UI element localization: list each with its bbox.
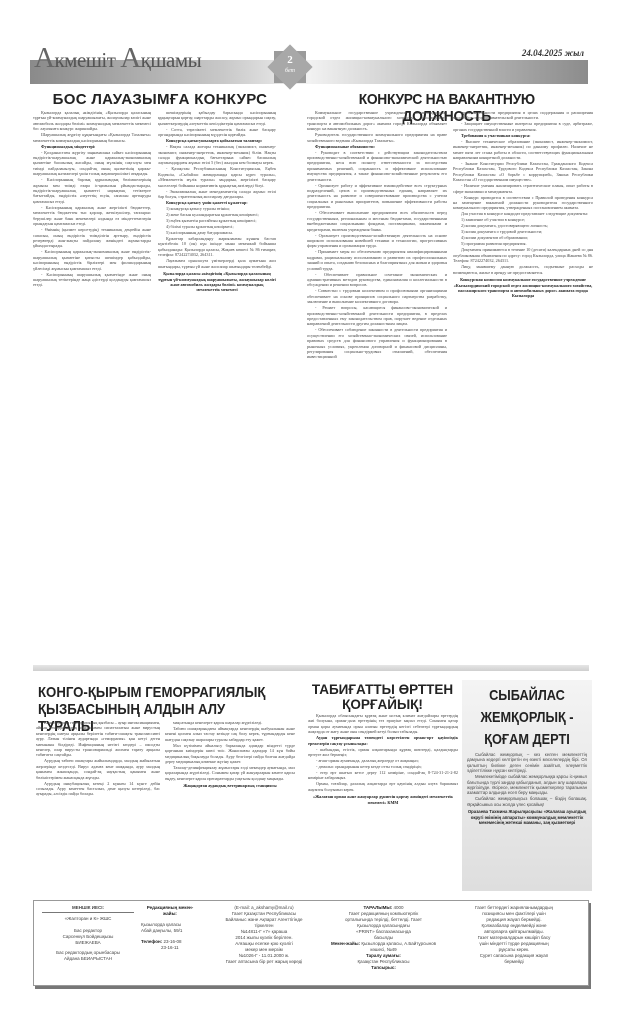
paragraph: Аурудың инкубациялық кезеңі 2 күннен 14 … [36, 781, 160, 797]
paragraph: - Кәсіпорынның барлық құрылымдық бөлімше… [33, 177, 151, 204]
corruption-headline-line-3: ҚОҒАМ ДЕРТІ [472, 729, 583, 751]
printing-info: Газет редакцияның компьютерлікорталығынд… [326, 911, 441, 941]
logo-capital-a: А [120, 42, 140, 74]
fire-headline: ТАБИҒАТТЫ ӨРТТЕН ҚОРҒАЙЫҚ! [310, 682, 455, 712]
imprint-owner: МЕНШІК ИЕСІ: «Жалторан и К» ЖШС Бас реда… [38, 905, 138, 962]
imprint-address: Редакцияның мекен-жайы: Қызылорда қаласы… [141, 905, 199, 951]
paragraph: - Руководит в соответствии с действующим… [307, 150, 447, 182]
paragraph: - Защищает имущественные интересы предпр… [453, 121, 593, 132]
kz-vacancy-column-2: шешімдерінің қабылдау барысында кәсіпоры… [158, 110, 276, 572]
paragraph: 4) копии документов об образовании; [453, 235, 593, 240]
registration-info: Газет Қазақстан РеспубликасыБайланыс жән… [204, 911, 324, 965]
paragraph: Қызылорда қалалық әкімдігінің «Қызылорда… [33, 110, 151, 132]
paragraph: Табиғи ошақтарындағы аймақтарда кенелерд… [165, 726, 295, 742]
paragraph: - Сотта, төреліктегі мемлекеттік билік ж… [158, 127, 276, 138]
paragraph: - Высшее техническое образование (эконом… [453, 139, 593, 161]
paragraph: - Қолданыстағы жүргізу заңнамасына сәйке… [33, 150, 151, 177]
circulation-label: ТАРАЛЫМЫ: [363, 905, 392, 910]
paragraph: - Совместно с трудовым коллективом и про… [307, 288, 447, 304]
address-label: Редакцияның мекен-жайы: [141, 905, 199, 917]
print-address-label: Мекен-жайы: [331, 941, 360, 946]
paragraph: - ағаш-орман аумағында, далалық жерлерде… [308, 758, 458, 763]
paragraph: Коммунальное государственное учреждение … [307, 110, 447, 132]
imprint-disclaimer: Газет беттердегі жарияланымдардыңпозиция… [444, 905, 584, 965]
page-number-badge: 2 бет [270, 47, 310, 87]
logo-word-1: кмешіт [54, 48, 120, 72]
paragraph: - Кәсіпорынның қаржылық және жергілікті … [33, 205, 151, 227]
cchf-column-1: Конго-Қырым геморрагиялық қызбасы – ауыр… [36, 720, 160, 890]
paragraph: Для участия в конкурсе кандидат представ… [453, 211, 593, 216]
paragraph: Аурудың табиғи ошақтары жайылымдарда, ма… [36, 758, 160, 780]
ru-vacancy-column-2: привлекательности предприятия в целях по… [453, 110, 593, 600]
subheading: Конкурсқа қатысушыларға қойылатын талапт… [158, 138, 276, 143]
corruption-column: Сыбайлас жемқорлық – кез келген мемлекет… [467, 752, 587, 890]
logo-capital-a: А [34, 42, 54, 74]
phone-2: 23-16-11 [141, 945, 199, 951]
paragraph: - Наличие умения анализировать стратегич… [453, 183, 593, 194]
kz-vacancy-column-1: Қызылорда қалалық әкімдігінің «Қызылорда… [33, 110, 151, 572]
paragraph: - Экономикалық және менеджменттің салада… [158, 189, 276, 200]
paragraph: - Обеспечивает выполнение предприятием в… [307, 210, 447, 232]
subheading: Функциональные обязанности: [307, 144, 447, 149]
paragraph: шешімдерінің қабылдау барысында кәсіпоры… [158, 110, 276, 126]
section-divider [33, 665, 589, 671]
signature: Қызылорда қаласы әкімдігінің «Қызылорда … [158, 271, 276, 293]
paragraph: Мемлекетімізде сыбайлас жемқорлыққа қарс… [467, 774, 587, 796]
paragraph: Документы принимаются в течение 10 (деся… [453, 247, 593, 263]
paragraph: - Обеспечивает соблюдение законности в д… [307, 327, 447, 359]
cchf-headline-line-1: КОНГО-ҚЫРЫМ ГЕМОРРАГИЯЛЫҚ [38, 684, 276, 701]
paragraph: - Решает вопросы, касающиеся финансово-э… [307, 305, 447, 327]
paragraph: Орман, тоғайлар, далалық алқаптарда өрт … [308, 781, 458, 792]
paragraph: - Организует производственно-хозяйственн… [307, 233, 447, 249]
paragraph: 2) жеке басын куәландыратын құжаттың көш… [158, 212, 276, 217]
issue-date: 24.04.2025 жыл [522, 48, 584, 58]
ru-vacancy-column-1: Коммунальное государственное учреждение … [307, 110, 447, 600]
paragraph: Конго-Қырым геморрагиялық қызбасы – ауыр… [36, 720, 160, 758]
paragraph: - Қазақстан Республикасының Конституцияс… [158, 166, 276, 188]
divider [42, 912, 134, 913]
fire-headline-line-1: ТАБИҒАТТЫ ӨРТТЕН [310, 682, 455, 697]
imprint-circulation: ТАРАЛЫМЫ: 4000 Газет редакцияның компьют… [326, 905, 441, 971]
subheading: Конкурсқа қатысу үшін қажетті құжаттар: [158, 200, 276, 205]
paragraph: - демалыс орындарынан кетер кезде отты т… [308, 764, 458, 769]
paragraph: - егер өрт шығып кетсе дереу 112 нөмірін… [308, 770, 458, 781]
paragraph: - Кәсіпорынның қаржылық-экономикалық жән… [33, 249, 151, 271]
paragraph: - Конкурс проводится в соответствии с Пр… [453, 195, 593, 211]
paragraph: - шабындық, егістік, орман алқаптарында … [308, 747, 458, 758]
paragraph: - Кәсіпорынның шаруашылық қызметінде жән… [33, 272, 151, 288]
paragraph: 5) кәсіпорынның даму бағдарламасы. [158, 230, 276, 235]
page-label: бет [270, 68, 310, 74]
paragraph: Қызылорда облысындағы құрғақ және ыстық … [308, 713, 458, 735]
cchf-column-2: мақсатында кенелерге қарсы шаралар жүргі… [165, 720, 295, 890]
paragraph: мақсатында кенелерге қарсы шаралар жүргі… [165, 720, 295, 725]
corruption-headline: СЫБАЙЛАС ЖЕМҚОРЛЫҚ - ҚОҒАМ ДЕРТІ [472, 685, 583, 751]
subheading: Требования к участникам конкурса: [453, 133, 593, 138]
paragraph: 4) білімі туралы құжаттың көшірмесі; [158, 224, 276, 229]
paragraph: - Өнімнің (қызмет көрсетудің) техникалық… [33, 227, 151, 249]
signature: Жаңақорған аудандық ветеринарлық станция… [165, 783, 295, 788]
paragraph: привлекательности предприятия в целях по… [453, 110, 593, 121]
paragraph: - Нақты салада жоғары техникалық (эконом… [158, 144, 276, 166]
paragraph: Тазалау-дезинфекциялау жұмыстары елді ме… [165, 765, 295, 781]
paragraph: 1) конкурсқа қатысу туралы өтініш; [158, 206, 276, 211]
phone-label: Телефон: [141, 939, 162, 944]
paragraph: Сыбайлас жемқорлықсыз болашақ – біздің б… [467, 796, 587, 807]
phone-1: 23-16-08 [163, 939, 181, 944]
paragraph: - Организует работу и эффективное взаимо… [307, 183, 447, 210]
paragraph: Құжаттар хабарландыру жарияланған күннен… [158, 236, 276, 258]
paragraph: 5) программа развития предприятия. [453, 241, 593, 246]
paragraph: Шаруашылық жүргізу құқығындағы «Қызылорд… [33, 132, 151, 143]
kz-vacancy-headline: БОС ЛАУАЗЫМҒА КОНКУРС [40, 91, 280, 108]
paragraph: - Принимает меры по обеспечению предприя… [307, 249, 447, 271]
print-address-value: Қызылорда қаласы, А.Байтұрсынов көшесі, … [361, 941, 436, 952]
signature: Конкурсная комиссия коммунальное государ… [453, 277, 593, 299]
newspaper-logo: Акмешіт Ақшамы [34, 42, 201, 75]
text-line: бермейді [444, 959, 584, 965]
signature: «Жалағаш орман және жануарлар дүниесін қ… [308, 794, 458, 805]
paragraph: Сыбайлас жемқорлық – кез келген мемлекет… [467, 752, 587, 774]
imprint-box: МЕНШІК ИЕСІ: «Жалторан и К» ЖШС Бас реда… [33, 900, 589, 986]
corruption-headline-line-1: СЫБАЙЛАС [472, 685, 583, 707]
subheading: Функционалдық міндеттері: [33, 144, 151, 149]
page-number: 2 [270, 55, 310, 66]
deputy-editor-name: Айдана БЕИАРЫСТАН [38, 956, 138, 962]
owner-label: МЕНШІК ИЕСІ: [38, 905, 138, 911]
signature: Оразаева Тахмина Жарылқасқызы «Жалағаш а… [467, 809, 587, 825]
paragraph: 3) копия документа о трудовой деятельнос… [453, 229, 593, 234]
order-label: Тапсырыс: [326, 965, 441, 971]
paragraph: - Знание Конституции Республики Казахста… [453, 161, 593, 183]
paragraph: - Обеспечивает правильное сочетание экон… [307, 272, 447, 288]
masthead: Акмешіт Ақшамы 24.04.2025 жыл 2 бет [30, 42, 588, 82]
paragraph: Мал күтімімен айналысу барысында адамдар… [165, 743, 295, 765]
fire-column: Қызылорда облысындағы құрғақ және ыстық … [308, 713, 458, 893]
paragraph: 2) копия документа, удостоверяющего личн… [453, 223, 593, 228]
paragraph: Руководитель государственного коммунальн… [307, 132, 447, 143]
imprint-registration: (E-mail: a_akshamy@mail.ru) Газет Қазақс… [204, 905, 324, 965]
paragraph: Лауазымға орналасуға үміткерлерді қала а… [158, 258, 276, 269]
subheading: Аудан тұрғындарына төмендегі көрсетілген… [308, 735, 458, 746]
fire-headline-line-2: ҚОРҒАЙЫҚ! [310, 697, 455, 712]
circulation-value: 4000 [394, 905, 404, 910]
paragraph: 3) еңбек қызметін растайтын құжаттың көш… [158, 218, 276, 223]
paragraph: Лицу, занявшему данную должность, подъем… [453, 264, 593, 275]
paragraph: 1) заявление об участии в конкурсе; [453, 217, 593, 222]
text-line: Газет аптасына бір рет жарық көреді [204, 959, 324, 965]
logo-word-2: қшамы [141, 48, 202, 72]
corruption-headline-line-2: ЖЕМҚОРЛЫҚ - [472, 707, 583, 729]
